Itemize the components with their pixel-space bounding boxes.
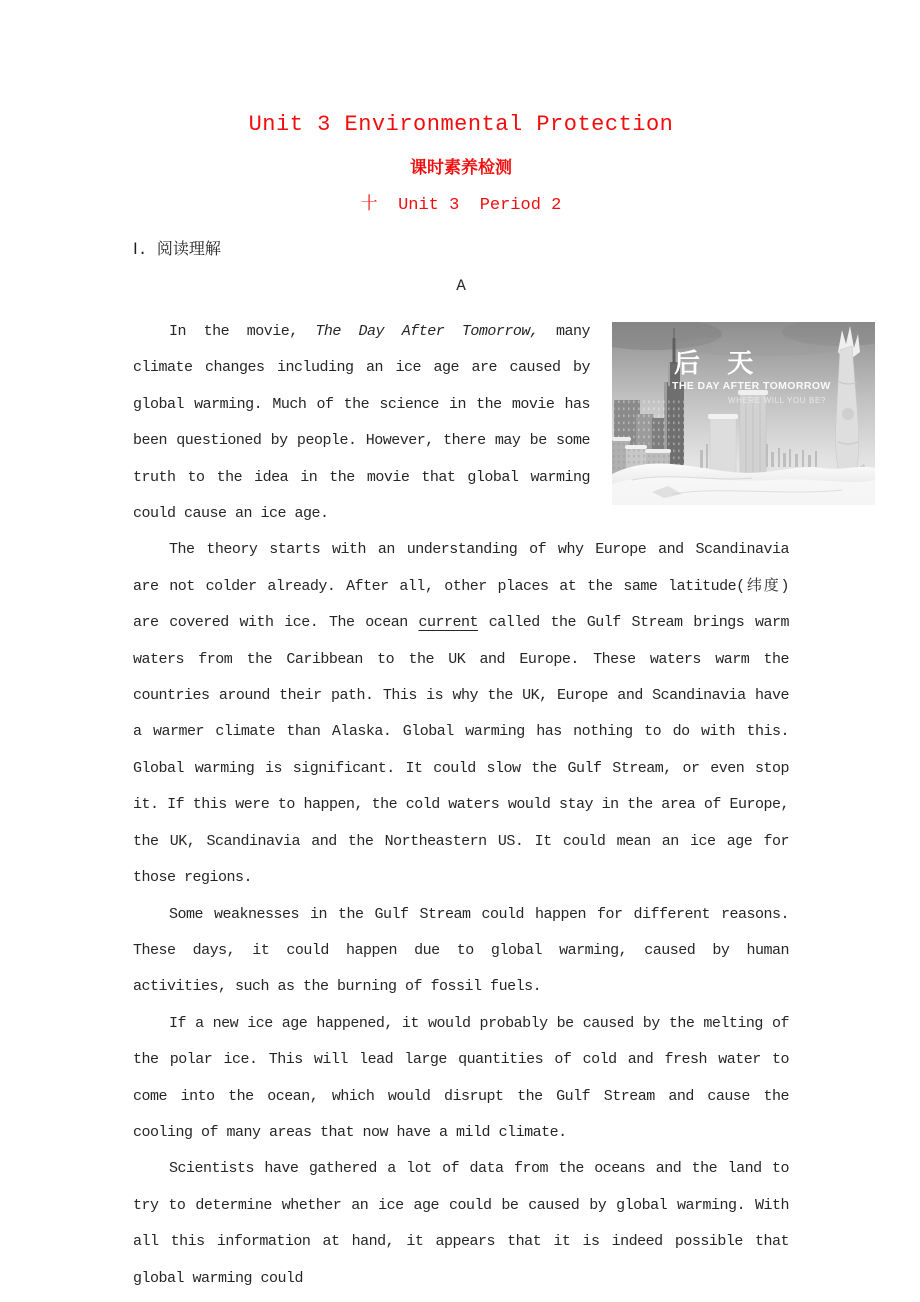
subtitle: 课时素养检测 (133, 152, 789, 188)
paragraph-2-text-cont: called the Gulf Stream brings warm water… (133, 614, 789, 886)
document-content: Unit 3 Environmental Protection 课时素养检测 十… (0, 0, 920, 1297)
paragraph-5: Scientists have gathered a lot of data f… (133, 1151, 789, 1297)
paragraph-3: Some weaknesses in the Gulf Stream could… (133, 897, 789, 1006)
movie-poster: 后 天 THE DAY AFTER TOMORROW WHERE WILL YO… (612, 322, 875, 505)
poster-tagline: WHERE WILL YOU BE? (728, 396, 826, 405)
paragraph-4: If a new ice age happened, it would prob… (133, 1006, 789, 1152)
passage-label: A (133, 268, 789, 304)
lesson-line: 十 Unit 3 Period 2 (133, 188, 789, 224)
poster-title-cn: 后 天 (674, 348, 763, 378)
paragraph-1-text-cont: many climate changes including an ice ag… (133, 323, 590, 522)
page-title: Unit 3 Environmental Protection (133, 104, 789, 146)
paragraph-1-text: In the movie, (169, 323, 315, 340)
movie-poster-image: 后 天 THE DAY AFTER TOMORROW WHERE WILL YO… (612, 322, 875, 505)
document-page: Unit 3 Environmental Protection 课时素养检测 十… (0, 0, 920, 1302)
section-heading-reading: Ⅰ. 阅读理解 (133, 232, 789, 268)
paragraph-2: The theory starts with an understanding … (133, 532, 789, 896)
movie-title-italic: The Day After Tomorrow, (315, 323, 538, 340)
reading-passage: 后 天 THE DAY AFTER TOMORROW WHERE WILL YO… (133, 314, 789, 1297)
underlined-word-current: current (418, 614, 478, 631)
poster-title-en: THE DAY AFTER TOMORROW (672, 380, 831, 392)
